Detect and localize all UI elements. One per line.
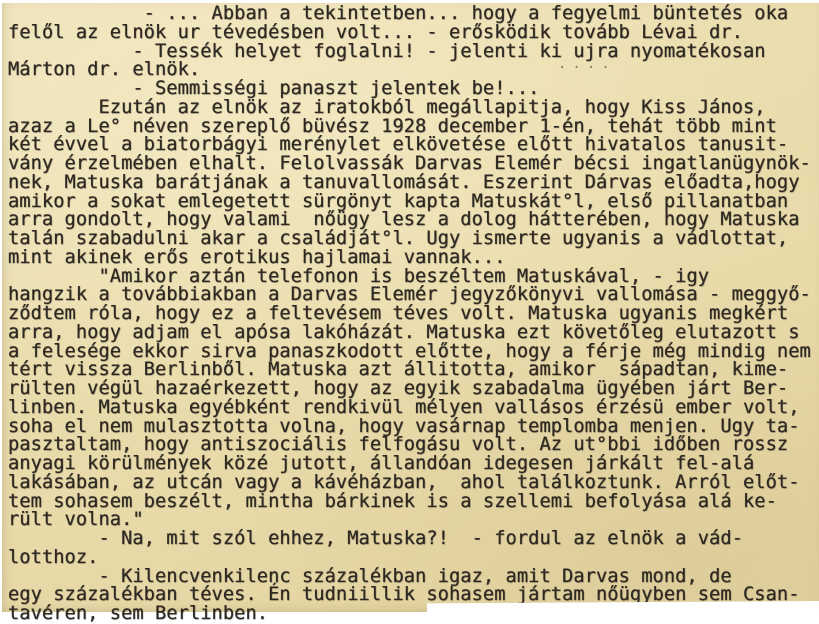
scan-artifact-dots: ···· — [558, 60, 616, 76]
document-page: - ... Abban a tekintetben... hogy a fegy… — [2, 3, 819, 612]
document-text: - ... Abban a tekintetben... hogy a fegy… — [8, 5, 811, 619]
page-background: { "page": { "paper_color": "#e9dcac", "i… — [0, 0, 819, 619]
